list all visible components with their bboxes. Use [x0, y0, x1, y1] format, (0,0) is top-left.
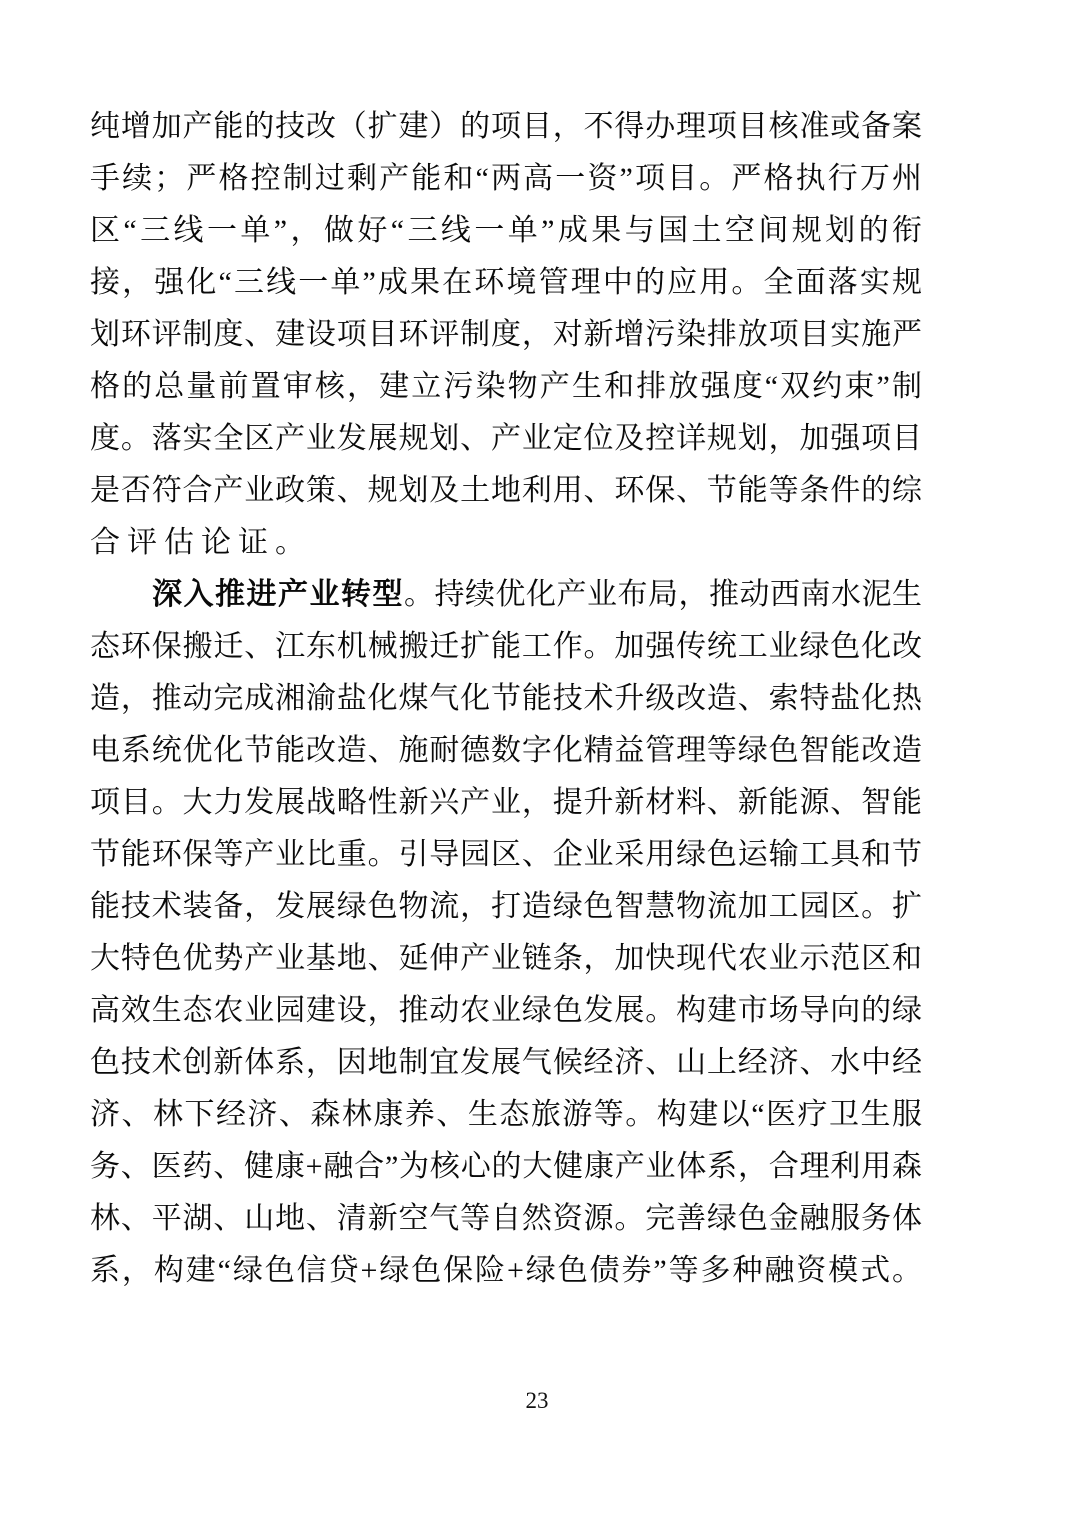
document-body: 纯增加产能的技改（扩建）的项目，不得办理项目核准或备案手续；严格控制过剩产能和“… [90, 101, 922, 1297]
text-segment: 划环评制度、建设项目环评制度，对新增污染排放项目实施严 [90, 318, 922, 351]
text-line: 林、平湖、山地、清新空气等自然资源。完善绿色金融服务体 [90, 1193, 922, 1245]
text-segment: 系，构建“绿色信贷+绿色保险+绿色债券”等多种融资模式。 [90, 1254, 922, 1287]
text-line: 电系统优化节能改造、施耐德数字化精益管理等绿色智能改造 [90, 725, 922, 777]
text-line: 济、林下经济、森林康养、生态旅游等。构建以“医疗卫生服 [90, 1089, 922, 1141]
text-segment: 造，推动完成湘渝盐化煤气化节能技术升级改造、索特盐化热 [90, 682, 922, 715]
text-segment: 节能环保等产业比重。引导园区、企业采用绿色运输工具和节 [90, 838, 922, 871]
page-footer: 23 [0, 1388, 1074, 1414]
text-segment: 能技术装备，发展绿色物流，打造绿色智慧物流加工园区。扩 [90, 890, 922, 923]
text-segment: 电系统优化节能改造、施耐德数字化精益管理等绿色智能改造 [90, 734, 922, 767]
text-segment: 色技术创新体系，因地制宜发展气候经济、山上经济、水中经 [90, 1046, 922, 1079]
page-number: 23 [526, 1388, 549, 1413]
text-line: 划环评制度、建设项目环评制度，对新增污染排放项目实施严 [90, 309, 922, 361]
text-segment: 区“三线一单”，做好“三线一单”成果与国土空间规划的衔 [90, 214, 922, 247]
text-segment: 林、平湖、山地、清新空气等自然资源。完善绿色金融服务体 [90, 1202, 922, 1235]
text-segment: 手续；严格控制过剩产能和“两高一资”项目。严格执行万州 [90, 162, 922, 195]
text-segment: 纯增加产能的技改（扩建）的项目，不得办理项目核准或备案 [90, 110, 922, 143]
text-line: 区“三线一单”，做好“三线一单”成果与国土空间规划的衔 [90, 205, 922, 257]
text-line: 高效生态农业园建设，推动农业绿色发展。构建市场导向的绿 [90, 985, 922, 1037]
text-line: 务、医药、健康+融合”为核心的大健康产业体系，合理利用森 [90, 1141, 922, 1193]
text-line: 造，推动完成湘渝盐化煤气化节能技术升级改造、索特盐化热 [90, 673, 922, 725]
text-line: 手续；严格控制过剩产能和“两高一资”项目。严格执行万州 [90, 153, 922, 205]
text-segment: 项目。大力发展战略性新兴产业，提升新材料、新能源、智能 [90, 786, 922, 819]
text-segment: 济、林下经济、森林康养、生态旅游等。构建以“医疗卫生服 [90, 1098, 922, 1131]
text-segment: 度。落实全区产业发展规划、产业定位及控详规划，加强项目 [90, 422, 922, 455]
text-segment: 高效生态农业园建设，推动农业绿色发展。构建市场导向的绿 [90, 994, 922, 1027]
text-line: 能技术装备，发展绿色物流，打造绿色智慧物流加工园区。扩 [90, 881, 922, 933]
text-line: 接，强化“三线一单”成果在环境管理中的应用。全面落实规 [90, 257, 922, 309]
text-line: 是否符合产业政策、规划及土地利用、环保、节能等条件的综 [90, 465, 922, 517]
text-segment: 。持续优化产业布局，推动西南水泥生 [404, 578, 922, 611]
text-line: 色技术创新体系，因地制宜发展气候经济、山上经济、水中经 [90, 1037, 922, 1089]
text-line: 深入推进产业转型。持续优化产业布局，推动西南水泥生 [90, 569, 922, 621]
text-line: 度。落实全区产业发展规划、产业定位及控详规划，加强项目 [90, 413, 922, 465]
text-line: 格的总量前置审核，建立污染物产生和排放强度“双约束”制 [90, 361, 922, 413]
text-segment: 接，强化“三线一单”成果在环境管理中的应用。全面落实规 [90, 266, 922, 299]
text-line: 节能环保等产业比重。引导园区、企业采用绿色运输工具和节 [90, 829, 922, 881]
text-segment: 格的总量前置审核，建立污染物产生和排放强度“双约束”制 [90, 370, 922, 403]
text-segment: 务、医药、健康+融合”为核心的大健康产业体系，合理利用森 [90, 1150, 922, 1183]
page: 纯增加产能的技改（扩建）的项目，不得办理项目核准或备案手续；严格控制过剩产能和“… [0, 0, 1074, 1520]
text-line: 项目。大力发展战略性新兴产业，提升新材料、新能源、智能 [90, 777, 922, 829]
text-line: 态环保搬迁、江东机械搬迁扩能工作。加强传统工业绿色化改 [90, 621, 922, 673]
text-line: 大特色优势产业基地、延伸产业链条，加快现代农业示范区和 [90, 933, 922, 985]
text-line: 纯增加产能的技改（扩建）的项目，不得办理项目核准或备案 [90, 101, 922, 153]
text-segment: 大特色优势产业基地、延伸产业链条，加快现代农业示范区和 [90, 942, 922, 975]
text-segment: 合评估论证。 [90, 526, 312, 559]
text-line: 系，构建“绿色信贷+绿色保险+绿色债券”等多种融资模式。 [90, 1245, 922, 1297]
text-line: 合评估论证。 [90, 517, 922, 569]
text-segment: 是否符合产业政策、规划及土地利用、环保、节能等条件的综 [90, 474, 922, 507]
section-heading: 深入推进产业转型 [152, 578, 404, 611]
text-segment: 态环保搬迁、江东机械搬迁扩能工作。加强传统工业绿色化改 [90, 630, 922, 663]
